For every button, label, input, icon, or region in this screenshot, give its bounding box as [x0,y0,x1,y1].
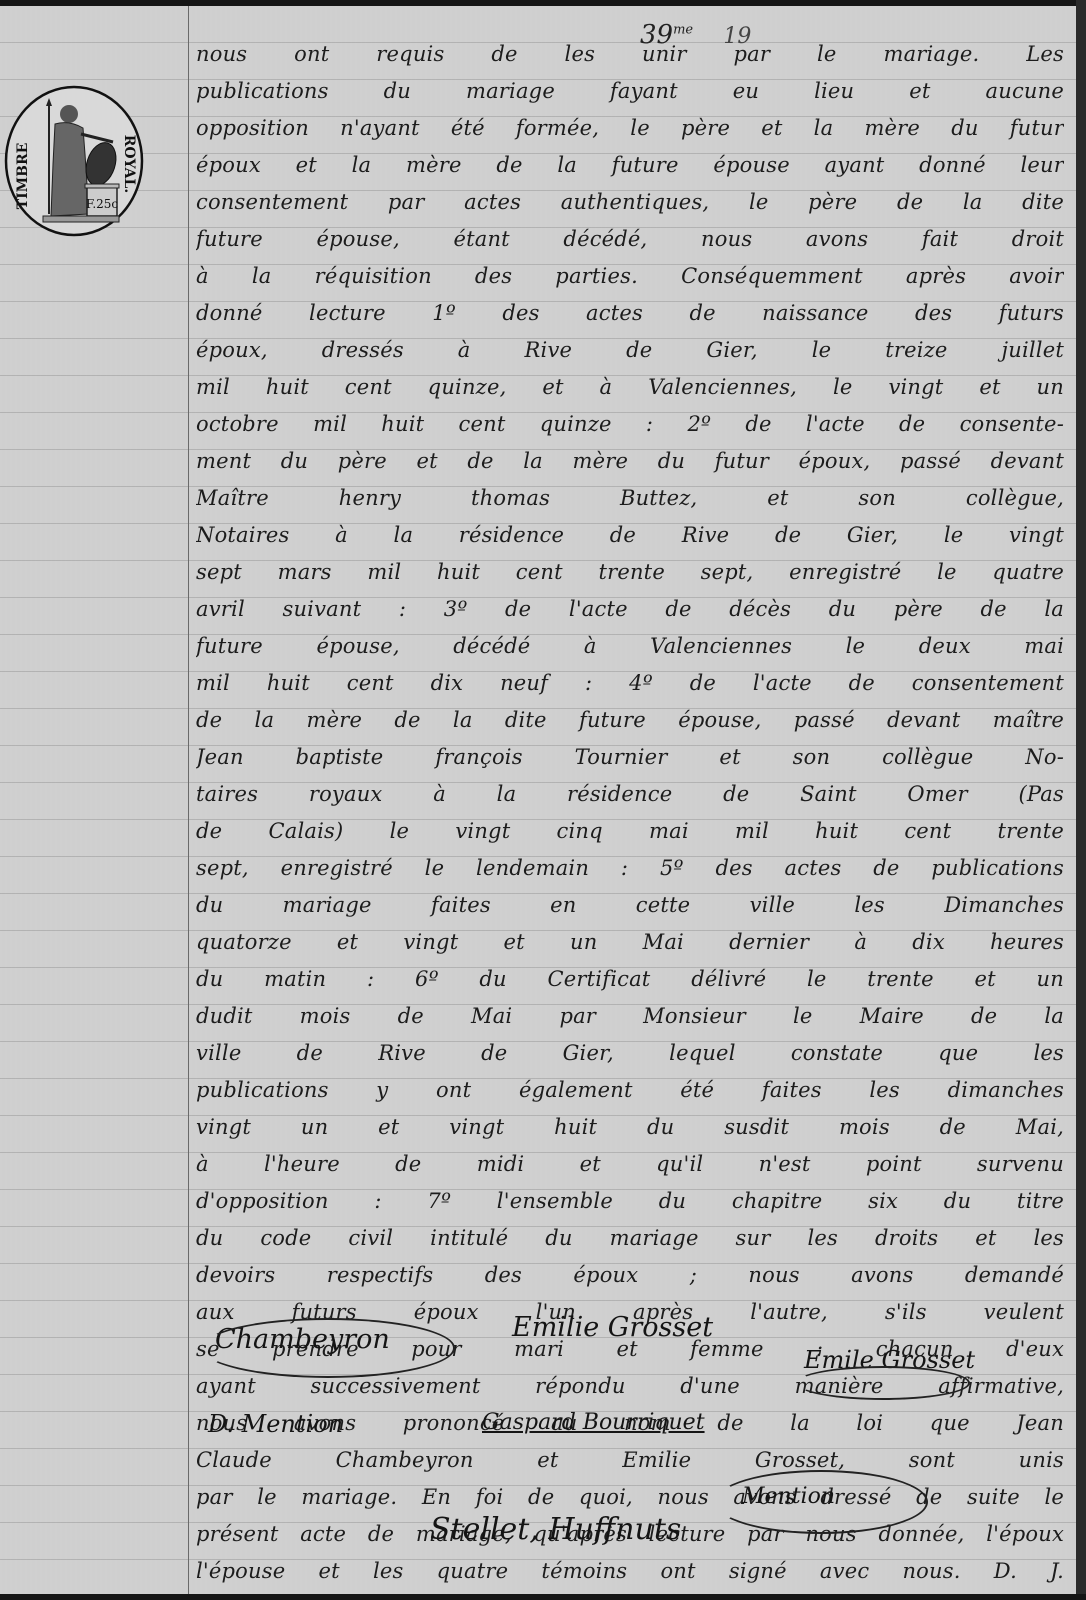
svg-text:ROYAL.: ROYAL. [121,135,137,194]
signature-text: D. Mention [208,1410,343,1438]
text-line: Claude Chambeyron et Emilie Grosset, son… [196,1442,1064,1479]
scan-border-bottom [0,1594,1086,1600]
text-line: quatorze et vingt et un Mai dernier à di… [196,924,1064,961]
text-line: devoirs respectifs des époux ; nous avon… [196,1257,1064,1294]
text-line: d'opposition : 7º l'ensemble du chapitre… [196,1183,1064,1220]
text-line: dudit mois de Mai par Monsieur le Maire … [196,998,1064,1035]
text-line: ville de Rive de Gier, lequel constate q… [196,1035,1064,1072]
text-line: publications du mariage fayant eu lieu e… [196,73,1064,110]
signature-text: Emilie Grosset [512,1312,713,1343]
text-line: taires royaux à la résidence de Saint Om… [196,776,1064,813]
signature-flourish [796,1366,970,1400]
signature-flourish [714,1470,928,1534]
text-line: vingt un et vingt huit du susdit mois de… [196,1109,1064,1146]
signature-witness-3: Gaspard Bourriquet [482,1410,705,1435]
text-line: époux, dressés à Rive de Gier, le treize… [196,332,1064,369]
scan-border-right [1076,0,1086,1600]
text-line: ment du père et de la mère du futur épou… [196,443,1064,480]
stamp-figure-icon: TIMBRE ROYAL. F.25c [3,84,146,239]
text-line: l'épouse et les quatre témoins ont signé… [196,1553,1064,1590]
signature-witness-2: D. Mention [208,1410,343,1438]
text-line: à la réquisition des parties. Conséquemm… [196,258,1064,295]
text-line: de la mère de la dite future épouse, pas… [196,702,1064,739]
text-line: du mariage faites en cette ville les Dim… [196,887,1064,924]
text-line: opposition n'ayant été formée, le père e… [196,110,1064,147]
text-line: époux et la mère de la future épouse aya… [196,147,1064,184]
text-line: donné lecture 1º des actes de naissance … [196,295,1064,332]
text-line: nous ont requis de les unir par le maria… [196,36,1064,73]
text-line: à l'heure de midi et qu'il n'est point s… [196,1146,1064,1183]
text-line: Jean baptiste françois Tournier et son c… [196,739,1064,776]
signature-witness-4: Stellet, Huffnuts [430,1512,681,1547]
text-line: du code civil intitulé du mariage sur le… [196,1220,1064,1257]
text-line: publications y ont également été faites … [196,1072,1064,1109]
text-line: par le mariage. En foi de quoi, nous avo… [196,1479,1064,1516]
text-line: mil huit cent quinze, et à Valenciennes,… [196,369,1064,406]
signature-bride: Emilie Grosset [512,1312,713,1343]
svg-text:F.25c: F.25c [86,197,119,211]
document-page: TIMBRE ROYAL. F.25c 39me 19 nous ont req… [0,6,1076,1594]
text-line: future épouse, décédé à Valenciennes le … [196,628,1064,665]
text-line: Maître henry thomas Buttez, et son collè… [196,480,1064,517]
royal-stamp-seal: TIMBRE ROYAL. F.25c [3,84,146,239]
text-line: sept, enregistré le lendemain : 5º des a… [196,850,1064,887]
text-line: avril suivant : 3º de l'acte de décès du… [196,591,1064,628]
signature-groom: Chambeyron [215,1324,390,1355]
text-line: future épouse, étant décédé, nous avons … [196,221,1064,258]
text-line: de Calais) le vingt cinq mai mil huit ce… [196,813,1064,850]
text-line: Notaires à la résidence de Rive de Gier,… [196,517,1064,554]
svg-text:TIMBRE: TIMBRE [15,143,31,210]
signature-witness-1: Emile Grosset [804,1346,975,1374]
signature-text: Gaspard Bourriquet [482,1410,705,1435]
signature-flourish [201,1318,455,1378]
text-line: du matin : 6º du Certificat délivré le t… [196,961,1064,998]
text-line: mil huit cent dix neuf : 4º de l'acte de… [196,665,1064,702]
signature-text: Stellet, Huffnuts [430,1512,681,1547]
text-line: octobre mil huit cent quinze : 2º de l'a… [196,406,1064,443]
margin-rule [188,6,189,1594]
text-line: consentement par actes authentiques, le … [196,184,1064,221]
signature-officer: Mention [742,1484,835,1509]
text-line: sept mars mil huit cent trente sept, enr… [196,554,1064,591]
